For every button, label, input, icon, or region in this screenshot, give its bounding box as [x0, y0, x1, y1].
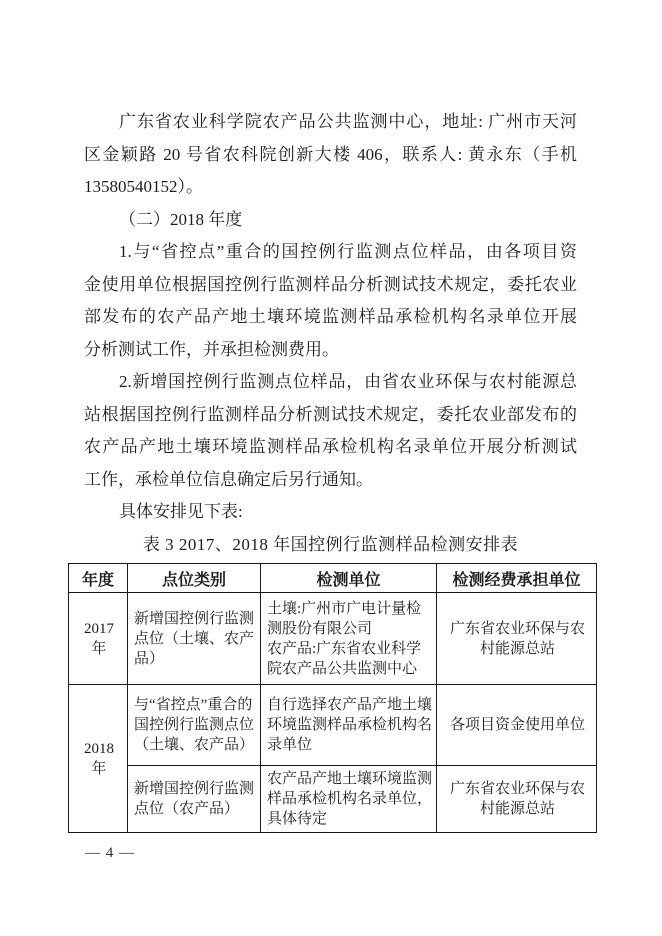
- year-cell: 2018 年: [69, 685, 128, 833]
- category-cell: 新增国控例行监测点位（农产品）: [128, 766, 261, 833]
- item1-line2: 金使用单位根据国控例行监测样品分析测试技术规定，委托农业: [84, 269, 577, 302]
- funder-cell: 广东省农业环保与农村能源总站: [437, 593, 597, 685]
- para1-line1: 广东省农业科学院农产品公共监测中心，地址: 广州市天河: [84, 106, 577, 139]
- col-header-funder: 检测经费承担单位: [437, 564, 597, 593]
- para1-line3: 13580540152）。: [84, 171, 577, 204]
- unit-cell: 自行选择农产品产地土壤环境监测样品承检机构名录单位: [261, 685, 437, 766]
- table-row: 2017 年 新增国控例行监测点位（土壤、农产品） 土壤:广州市广电计量检测股份…: [69, 593, 597, 685]
- col-header-unit: 检测单位: [261, 564, 437, 593]
- unit-cell: 农产品产地土壤环境监测样品承检机构名录单位，具体待定: [261, 766, 437, 833]
- table-caption: 表 3 2017、2018 年国控例行监测样品检测安排表: [84, 529, 577, 562]
- year-cell: 2017 年: [69, 593, 128, 685]
- item2-line1: 2.新增国控例行监测点位样品，由省农业环保与农村能源总: [84, 366, 577, 399]
- schedule-table: 年度 点位类别 检测单位 检测经费承担单位 2017 年 新增国控例行监测点位（…: [68, 563, 597, 833]
- table-row: 2018 年 与“省控点”重合的国控例行监测点位（土壤、农产品） 自行选择农产品…: [69, 685, 597, 766]
- table-row: 新增国控例行监测点位（农产品） 农产品产地土壤环境监测样品承检机构名录单位，具体…: [69, 766, 597, 833]
- item1-line1: 1.与“省控点”重合的国控例行监测点位样品，由各项目资: [84, 236, 577, 269]
- para1-line2: 区金颖路 20 号省农科院创新大楼 406，联系人: 黄永东（手机: [84, 139, 577, 172]
- col-header-year: 年度: [69, 564, 128, 593]
- section-heading: （二）2018 年度: [84, 204, 577, 237]
- col-header-category: 点位类别: [128, 564, 261, 593]
- body-text: 广东省农业科学院农产品公共监测中心，地址: 广州市天河 区金颖路 20 号省农科…: [84, 106, 577, 833]
- item1-line3: 部发布的农产品产地土壤环境监测样品承检机构名录单位开展: [84, 301, 577, 334]
- item2-line3: 农产品产地土壤环境监测样品承检机构名录单位开展分析测试: [84, 431, 577, 464]
- funder-cell: 广东省农业环保与农村能源总站: [437, 766, 597, 833]
- category-cell: 新增国控例行监测点位（土壤、农产品）: [128, 593, 261, 685]
- item2-line2: 站根据国控例行监测样品分析测试技术规定，委托农业部发布的: [84, 399, 577, 432]
- page-number: — 4 —: [85, 845, 135, 862]
- document-page: 广东省农业科学院农产品公共监测中心，地址: 广州市天河 区金颖路 20 号省农科…: [0, 0, 662, 936]
- category-cell: 与“省控点”重合的国控例行监测点位（土壤、农产品）: [128, 685, 261, 766]
- table-header-row: 年度 点位类别 检测单位 检测经费承担单位: [69, 564, 597, 593]
- item1-line4: 分析测试工作，并承担检测费用。: [84, 334, 577, 367]
- item2-line4: 工作，承检单位信息确定后另行通知。: [84, 464, 577, 497]
- unit-cell: 土壤:广州市广电计量检测股份有限公司 农产品:广东省农业科学院农产品公共监测中心: [261, 593, 437, 685]
- funder-cell: 各项目资金使用单位: [437, 685, 597, 766]
- lead-in-text: 具体安排见下表:: [84, 496, 577, 529]
